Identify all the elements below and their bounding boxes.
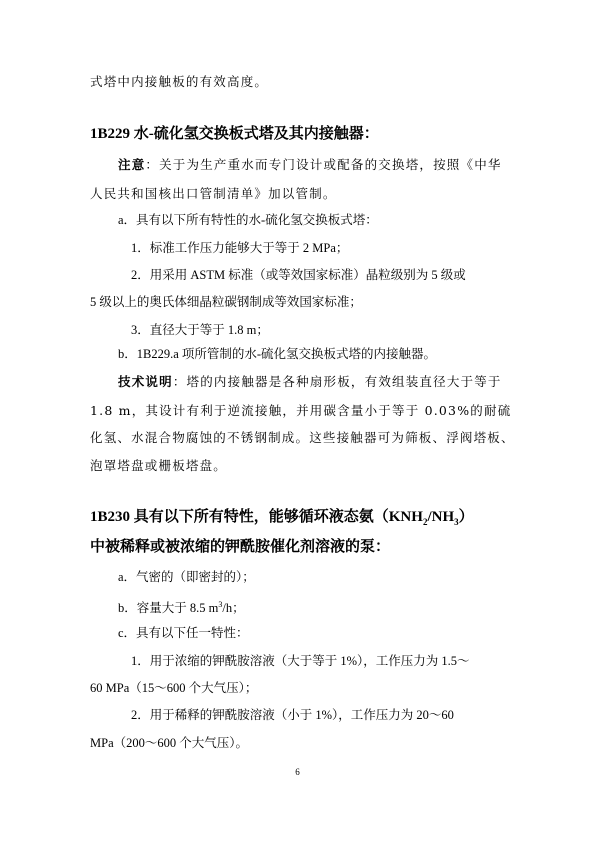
tech-note-line-2: 1.8 m，其设计有利于逆流接触，并用碳含量小于等于 0.03%的耐硫 bbox=[90, 403, 511, 419]
tech-note-text: ：塔的内接触器是各种扇形板，有效组装直径大于等于 bbox=[173, 374, 502, 389]
pump-item-c: c．具有以下任一特性： bbox=[118, 625, 249, 641]
section-heading-1b230-line1: 1B230 具有以下所有特性，能够循环液态氨（KNH2/NH3） bbox=[90, 509, 474, 530]
note-line-1: 注意：关于为生产重水而专门设计或配备的交换塔，按照《中华 bbox=[118, 157, 502, 173]
section-heading-1b230-line2: 中被稀释或被浓缩的钾酰胺催化剂溶液的泵： bbox=[90, 539, 390, 555]
text: b．容量大于 8.5 m bbox=[118, 601, 218, 615]
pump-item-c2-line1: 2．用于稀释的钾酰胺溶液（小于 1%），工作压力为 20～60 bbox=[131, 707, 454, 723]
item-a1: 1．标准工作压力能够大于等于 2 MPa； bbox=[131, 240, 348, 256]
pump-item-c2-line2: MPa（200～600 个大气压）。 bbox=[90, 735, 248, 751]
note-line-2: 人民共和国核出口管制清单》加以管制。 bbox=[90, 186, 337, 202]
heading-text: 1B230 具有以下所有特性，能够循环液态氨（KNH bbox=[90, 509, 423, 525]
pump-item-c1-line2: 60 MPa（15～600 个大气压）； bbox=[90, 680, 257, 696]
item-a: a．具有以下所有特性的水-硫化氢交换板式塔： bbox=[118, 212, 378, 228]
pump-item-b: b．容量大于 8.5 m3/h； bbox=[118, 597, 245, 616]
pump-item-a: a．气密的（即密封的）； bbox=[118, 569, 255, 585]
item-a2-line2: 5 级以上的奥氏体细晶粒碳钢制成等效国家标准； bbox=[90, 294, 362, 310]
pump-item-c1-line1: 1．用于浓缩的钾酰胺溶液（大于等于 1%），工作压力为 1.5～ bbox=[131, 653, 470, 669]
document-page: 式塔中内接触板的有效高度。 1B229 水-硫化氢交换板式塔及其内接触器： 注意… bbox=[0, 0, 595, 841]
item-a2-line1: 2．用采用 ASTM 标准（或等效国家标准）晶粒级别为 5 级或 bbox=[131, 267, 466, 283]
item-b: b．1B229.a 项所管制的水-硫化氢交换板式塔的内接触器。 bbox=[118, 346, 436, 362]
note-label: 注意 bbox=[118, 157, 145, 172]
heading-text: ） bbox=[459, 509, 474, 525]
tech-note-line-3: 化氢、水混合物腐蚀的不锈钢制成。这些接触器可为筛板、浮阀塔板、 bbox=[90, 430, 515, 446]
note-text: ：关于为生产重水而专门设计或配备的交换塔，按照《中华 bbox=[145, 157, 501, 172]
page-number: 6 bbox=[0, 767, 595, 777]
section-heading-1b229: 1B229 水-硫化氢交换板式塔及其内接触器： bbox=[90, 126, 379, 142]
item-a3: 3．直径大于等于 1.8 m； bbox=[131, 322, 269, 338]
text: /h； bbox=[222, 601, 244, 615]
tech-note-label: 技术说明 bbox=[118, 374, 173, 389]
tech-note-line-1: 技术说明：塔的内接触器是各种扇形板，有效组装直径大于等于 bbox=[118, 374, 502, 390]
heading-text: /NH bbox=[427, 509, 454, 525]
tech-note-line-4: 泡罩塔盘或栅板塔盘。 bbox=[90, 458, 227, 474]
paragraph-continuation: 式塔中内接触板的有效高度。 bbox=[90, 74, 268, 90]
